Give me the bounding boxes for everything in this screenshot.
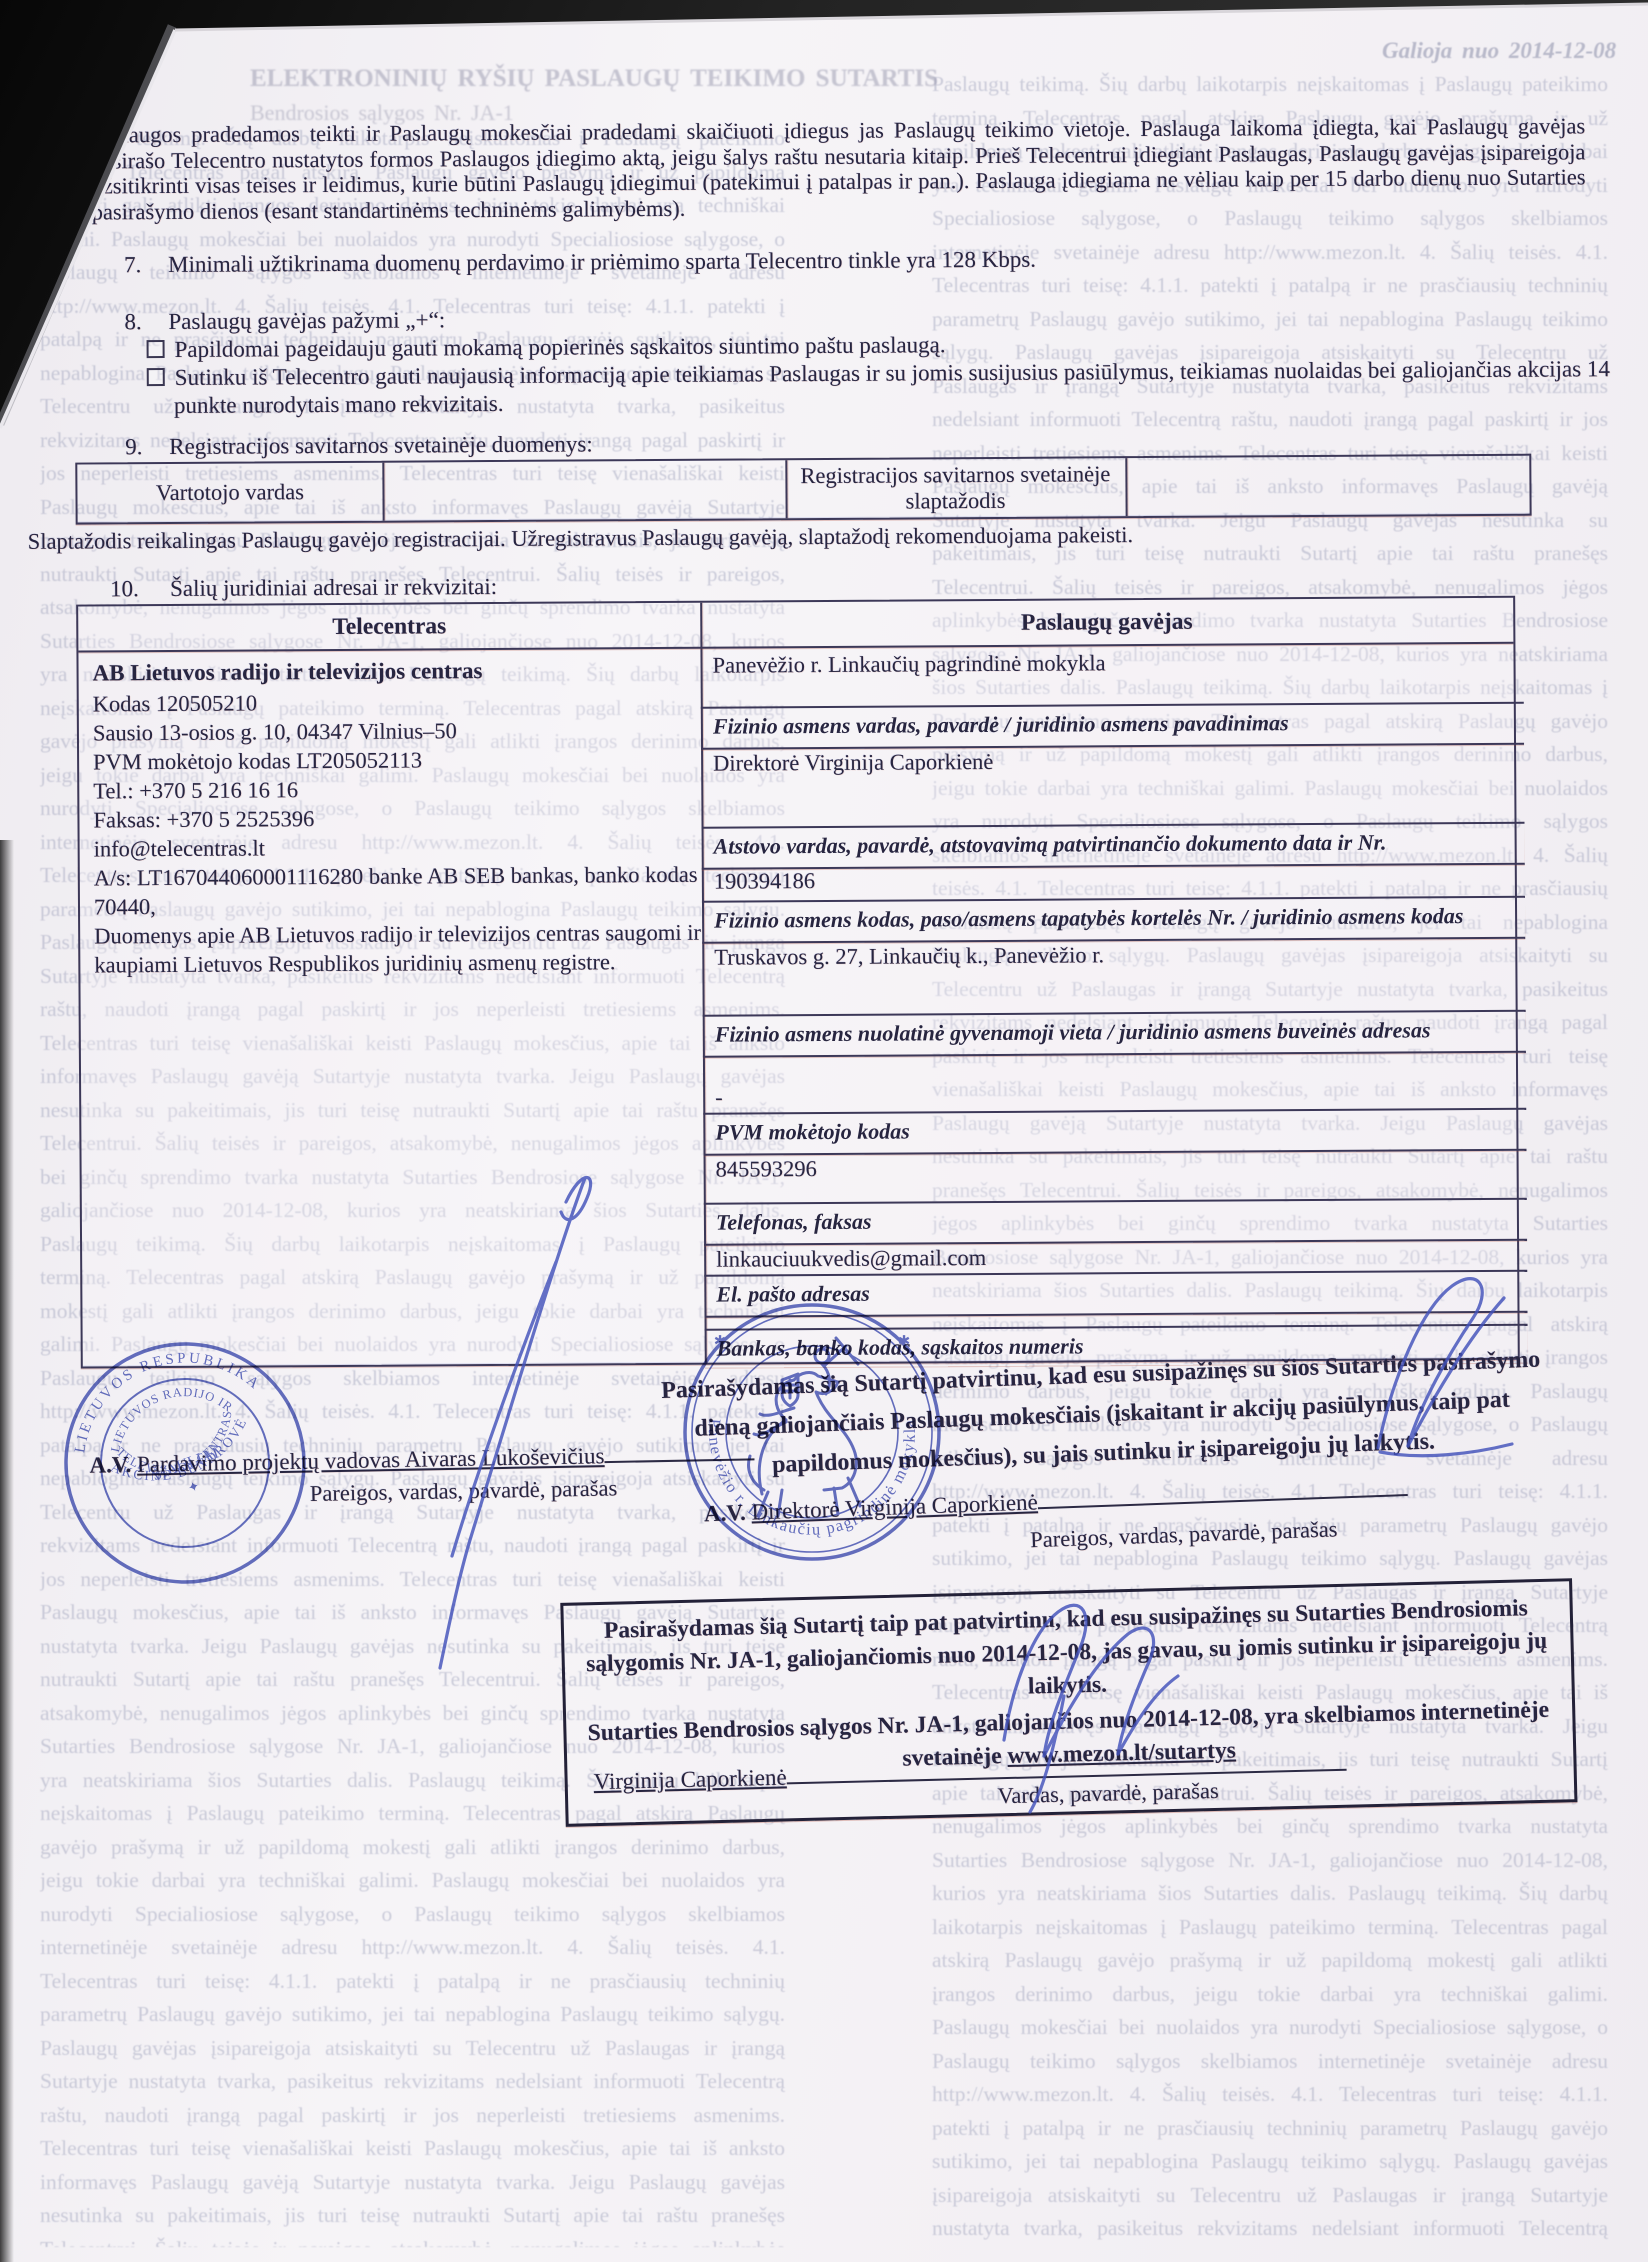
scanned-contract-screenshot: Paslaugų teikimą. Šių darbų laikotarpis … — [0, 0, 1648, 2262]
left-edge-shadow — [0, 840, 14, 2262]
page-edge — [0, 0, 1648, 2262]
